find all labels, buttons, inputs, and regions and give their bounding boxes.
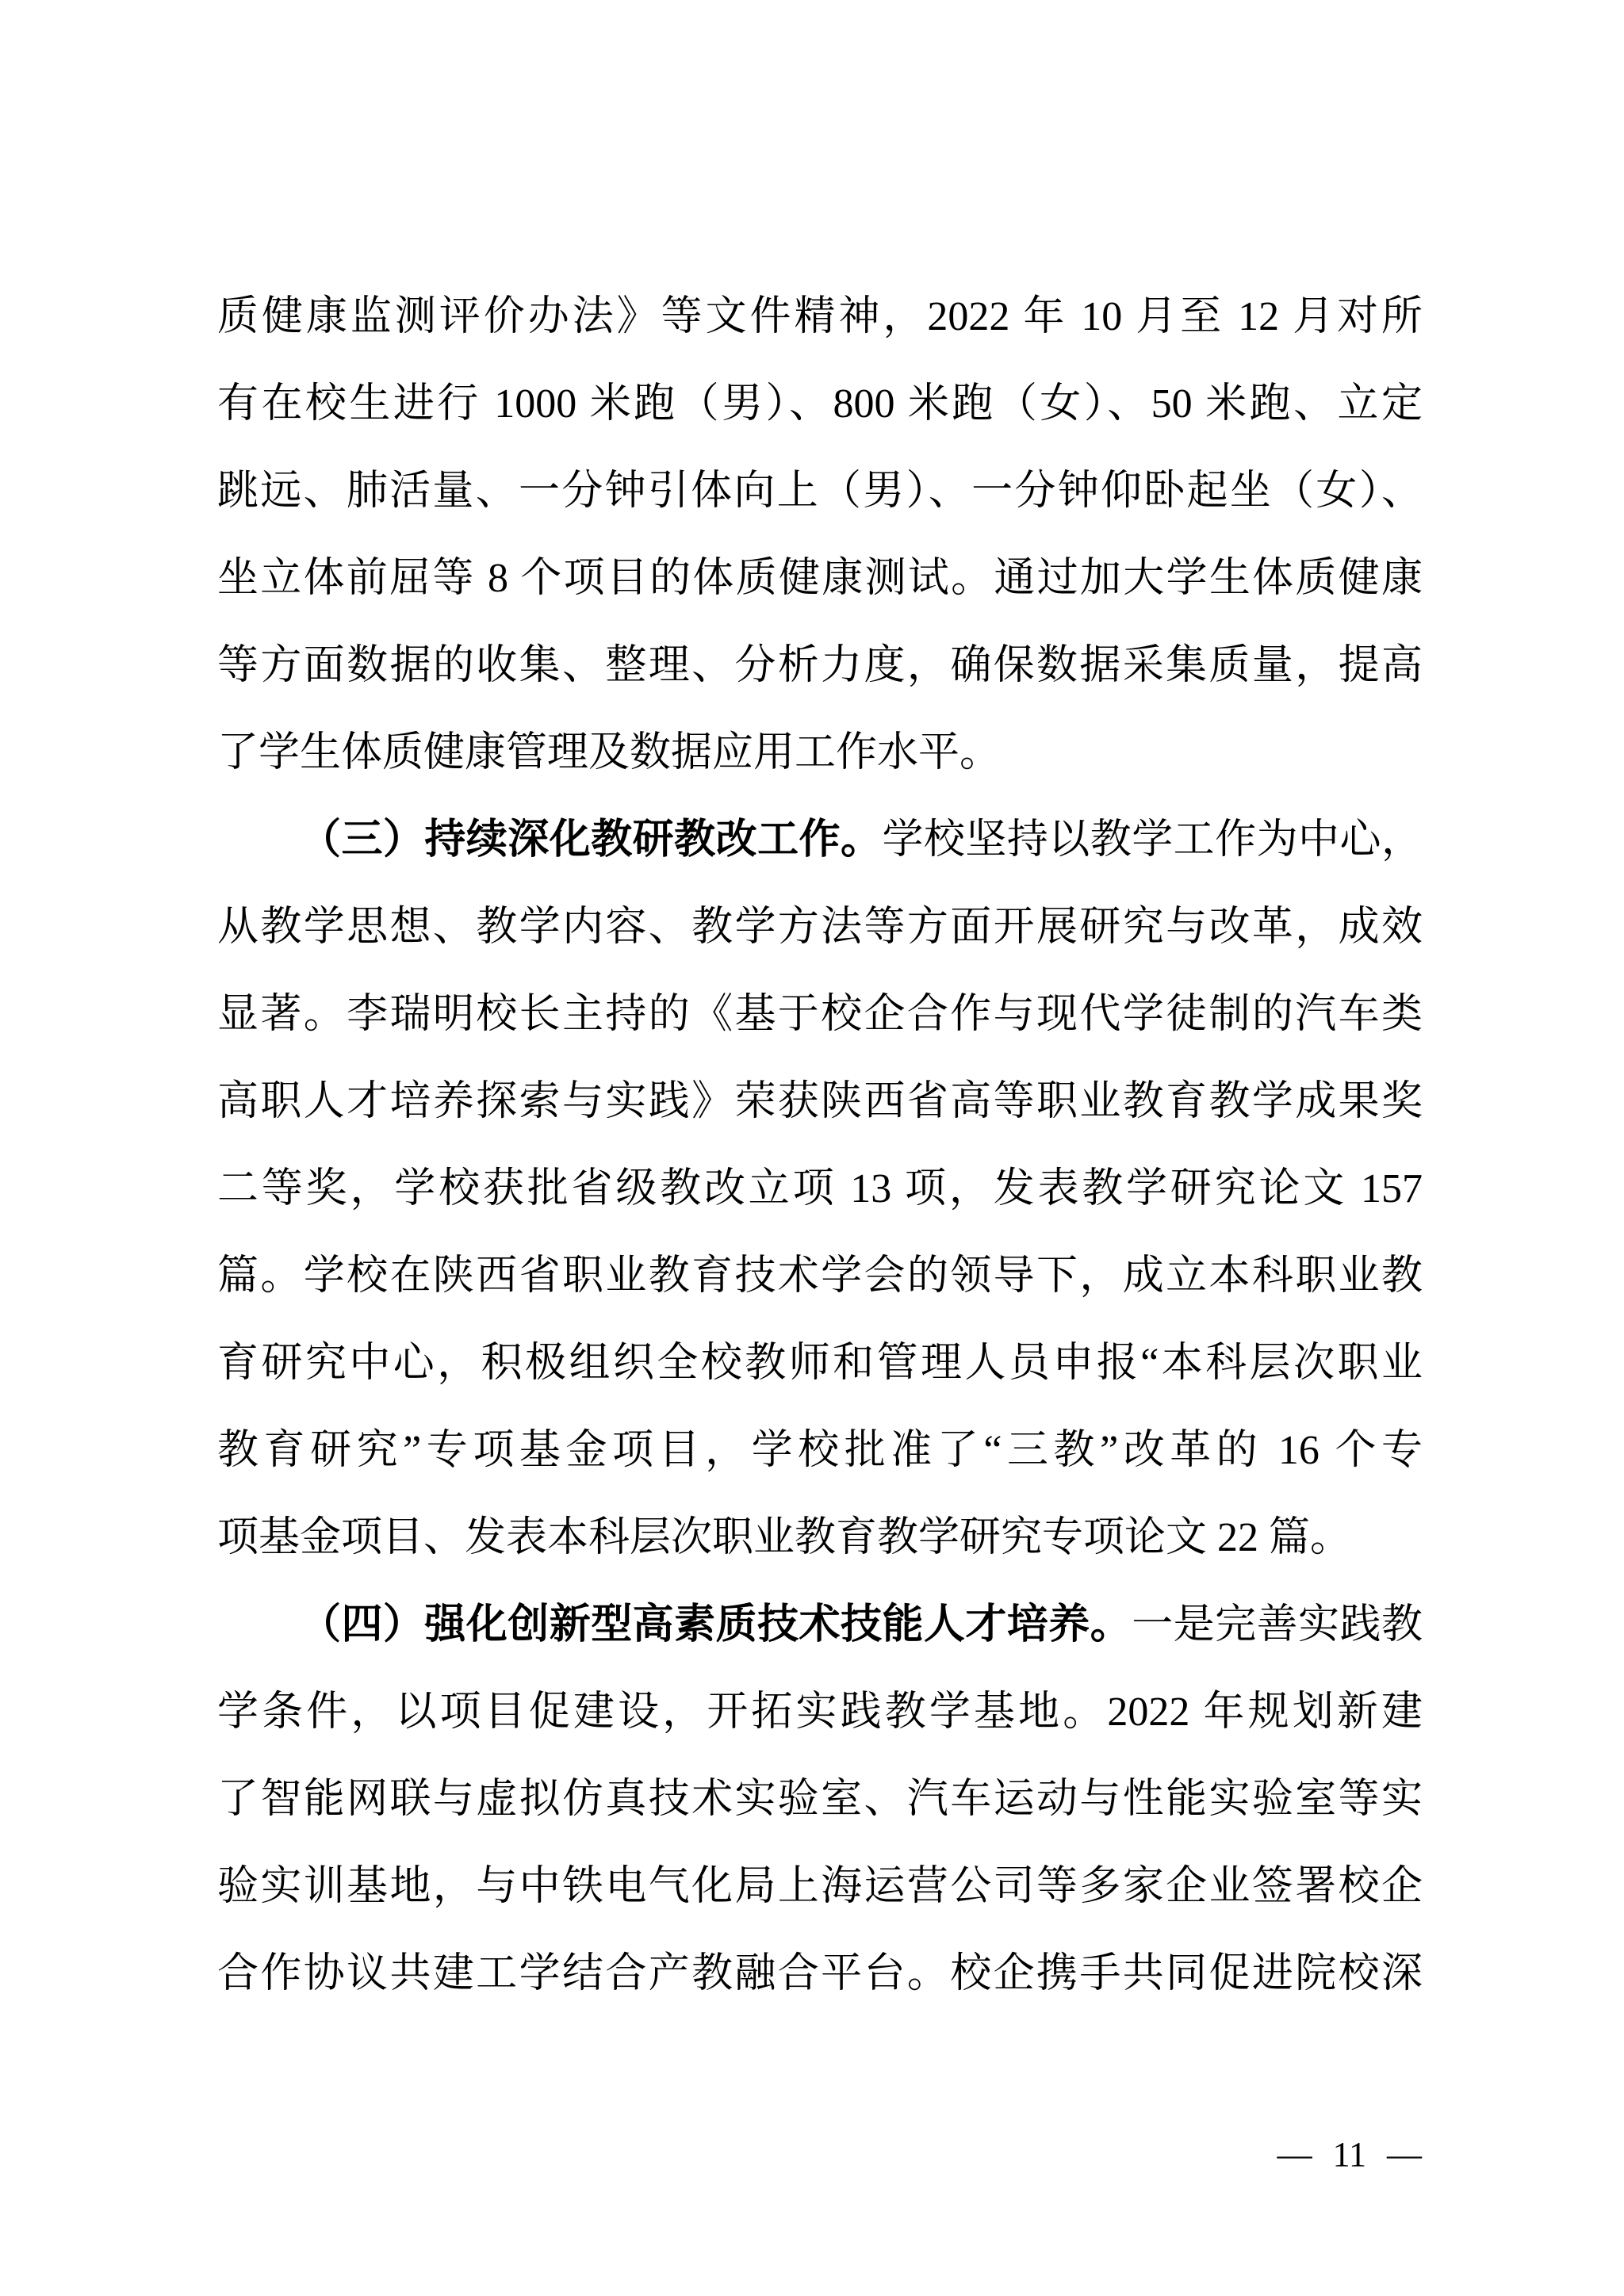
text-line: 育研究中心，积极组织全校教师和管理人员申报“本科层次职业 <box>217 1320 1423 1407</box>
body-text-segment: 了智能网联与虚拟仿真技术实验室、汽车运动与性能实验室等实 <box>217 1777 1423 1822</box>
section-heading: （四）强化创新型高素质技术技能人才培养。 <box>300 1602 1132 1647</box>
body-text-segment: 育研究中心，积极组织全校教师和管理人员申报“本科层次职业 <box>217 1341 1423 1386</box>
text-line: 二等奖，学校获批省级教改立项 13 项，发表教学研究论文 157 <box>217 1146 1423 1233</box>
body-text-segment: 显著。李瑞明校长主持的《基于校企合作与现代学徒制的汽车类 <box>217 992 1423 1037</box>
text-line: 了智能网联与虚拟仿真技术实验室、汽车运动与性能实验室等实 <box>217 1756 1423 1843</box>
text-line: 篇。学校在陕西省职业教育技术学会的领导下，成立本科职业教 <box>217 1233 1423 1320</box>
text-line: 了学生体质健康管理及数据应用工作水平。 <box>217 710 1423 797</box>
body-text-segment: 坐立体前屈等 8 个项目的体质健康测试。通过加大学生体质健康 <box>217 556 1423 601</box>
body-text-segment: 有在校生进行 1000 米跑（男）、800 米跑（女）、50 米跑、立定 <box>217 381 1423 427</box>
body-text-segment: 项基金项目、发表本科层次职业教育教学研究专项论文 22 篇。 <box>217 1515 1351 1560</box>
text-line: 从教学思想、教学内容、教学方法等方面开展研究与改革，成效 <box>217 884 1423 971</box>
page-number: 11 <box>1333 2134 1366 2175</box>
text-line: （四）强化创新型高素质技术技能人才培养。一是完善实践教 <box>217 1582 1423 1669</box>
text-line: 质健康监测评价办法》等文件精神，2022 年 10 月至 12 月对所 <box>217 274 1423 361</box>
body-text-segment: 跳远、肺活量、一分钟引体向上（男）、一分钟仰卧起坐（女）、 <box>217 469 1423 514</box>
body-text-segment: 验实训基地，与中铁电气化局上海运营公司等多家企业签署校企 <box>217 1864 1423 1909</box>
text-line: 项基金项目、发表本科层次职业教育教学研究专项论文 22 篇。 <box>217 1494 1423 1582</box>
page-number-dash-left: — <box>1277 2134 1312 2175</box>
text-line: 教育研究”专项基金项目，学校批准了“三教”改革的 16 个专 <box>217 1407 1423 1494</box>
body-text-segment: 篇。学校在陕西省职业教育技术学会的领导下，成立本科职业教 <box>217 1253 1423 1299</box>
text-line: 坐立体前屈等 8 个项目的体质健康测试。通过加大学生体质健康 <box>217 535 1423 622</box>
body-text-segment: 二等奖，学校获批省级教改立项 13 项，发表教学研究论文 157 <box>217 1166 1423 1211</box>
body-text-segment: 从教学思想、教学内容、教学方法等方面开展研究与改革，成效 <box>217 905 1423 950</box>
body-text-segment: 学条件，以项目促建设，开拓实践教学基地。2022 年规划新建 <box>217 1689 1423 1735</box>
text-line: （三）持续深化教研教改工作。学校坚持以教学工作为中心， <box>217 797 1423 884</box>
body-text-segment: 等方面数据的收集、整理、分析力度，确保数据采集质量，提高 <box>217 643 1423 688</box>
page-number-dash-right: — <box>1387 2134 1422 2175</box>
body-text-segment: 质健康监测评价办法》等文件精神，2022 年 10 月至 12 月对所 <box>217 294 1423 339</box>
document-body: 质健康监测评价办法》等文件精神，2022 年 10 月至 12 月对所有在校生进… <box>217 274 1423 2018</box>
document-page: 质健康监测评价办法》等文件精神，2022 年 10 月至 12 月对所有在校生进… <box>0 0 1624 2296</box>
text-line: 显著。李瑞明校长主持的《基于校企合作与现代学徒制的汽车类 <box>217 971 1423 1058</box>
text-line: 学条件，以项目促建设，开拓实践教学基地。2022 年规划新建 <box>217 1669 1423 1756</box>
body-text-segment: 高职人才培养探索与实践》荣获陕西省高等职业教育教学成果奖 <box>217 1079 1423 1124</box>
body-text-segment: 了学生体质健康管理及数据应用工作水平。 <box>217 730 1001 775</box>
text-line: 有在校生进行 1000 米跑（男）、800 米跑（女）、50 米跑、立定 <box>217 361 1423 448</box>
text-line: 验实训基地，与中铁电气化局上海运营公司等多家企业签署校企 <box>217 1843 1423 1931</box>
body-text-segment: 合作协议共建工学结合产教融合平台。校企携手共同促进院校深 <box>217 1951 1423 1996</box>
text-line: 等方面数据的收集、整理、分析力度，确保数据采集质量，提高 <box>217 622 1423 710</box>
text-line: 合作协议共建工学结合产教融合平台。校企携手共同促进院校深 <box>217 1931 1423 2018</box>
body-text-segment: 教育研究”专项基金项目，学校批准了“三教”改革的 16 个专 <box>217 1428 1423 1473</box>
text-line: 高职人才培养探索与实践》荣获陕西省高等职业教育教学成果奖 <box>217 1058 1423 1146</box>
section-heading: （三）持续深化教研教改工作。 <box>300 817 882 863</box>
body-text-segment: 一是完善实践教 <box>1132 1602 1423 1647</box>
body-text-segment: 学校坚持以教学工作为中心， <box>882 817 1423 863</box>
page-footer: —11— <box>1277 2134 1422 2175</box>
text-line: 跳远、肺活量、一分钟引体向上（男）、一分钟仰卧起坐（女）、 <box>217 448 1423 535</box>
